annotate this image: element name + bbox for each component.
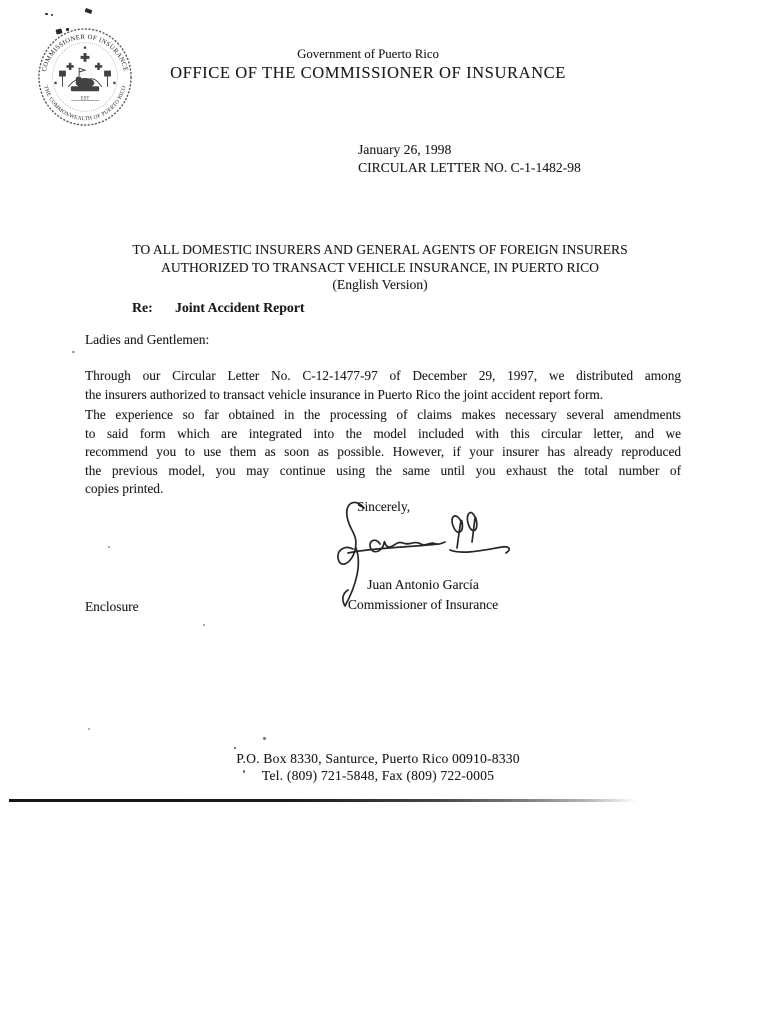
- date-block: January 26, 1998 CIRCULAR LETTER NO. C-1…: [358, 141, 581, 177]
- scan-speck: [234, 747, 236, 749]
- paragraph-line: the previous model, you may continue usi…: [85, 462, 681, 481]
- scan-speck: [45, 13, 48, 15]
- bottom-rule: [9, 799, 637, 802]
- scanned-letter-page: COMMISSIONER OF INSURANCE THE COMMONWEAL…: [0, 0, 770, 1024]
- addressee-block: TO ALL DOMESTIC INSURERS AND GENERAL AGE…: [80, 241, 680, 294]
- signer-name: Juan Antonio García: [330, 575, 516, 595]
- government-line: Government of Puerto Rico: [78, 47, 658, 62]
- scan-speck: [85, 8, 93, 14]
- enclosure-note: Enclosure: [85, 599, 139, 615]
- letter-date: January 26, 1998: [358, 141, 581, 159]
- signer-title: Commissioner of Insurance: [330, 595, 516, 615]
- scan-speck: [72, 351, 75, 353]
- scan-speck: [203, 624, 205, 626]
- paragraph-line: copies printed.: [85, 480, 681, 499]
- paragraph-line: Through our Circular Letter No. C-12-147…: [85, 367, 681, 386]
- circular-number: CIRCULAR LETTER NO. C-1-1482-98: [358, 159, 581, 177]
- office-title: OFFICE OF THE COMMISSIONER OF INSURANCE: [78, 63, 658, 83]
- footer-block: P.O. Box 8330, Santurce, Puerto Rico 009…: [80, 751, 676, 784]
- addressee-line-1: TO ALL DOMESTIC INSURERS AND GENERAL AGE…: [80, 241, 680, 259]
- addressee-line-3: (English Version): [80, 276, 680, 294]
- paragraph-line: recommend you to use them as soon as pos…: [85, 443, 681, 462]
- closing-sincerely: Sincerely,: [357, 499, 410, 515]
- paragraph-2: The experience so far obtained in the pr…: [85, 406, 681, 499]
- scan-speck: [108, 546, 110, 548]
- subject-text: Joint Accident Report: [175, 300, 305, 315]
- footer-phone: Tel. (809) 721-5848, Fax (809) 722-0005: [80, 768, 676, 785]
- signer-block: Juan Antonio García Commissioner of Insu…: [330, 575, 516, 614]
- footer-address: P.O. Box 8330, Santurce, Puerto Rico 009…: [80, 751, 676, 768]
- paragraph-line: to said form which are integrated into t…: [85, 425, 681, 444]
- paragraph-line: the insurers authorized to transact vehi…: [85, 386, 681, 405]
- scan-speck: [262, 736, 266, 740]
- salutation: Ladies and Gentlemen:: [85, 332, 209, 348]
- subject-label: Re:: [132, 300, 175, 316]
- scan-speck: [51, 14, 53, 16]
- paragraph-line: The experience so far obtained in the pr…: [85, 406, 681, 425]
- scan-speck: [88, 728, 90, 730]
- subject-line: Re:Joint Accident Report: [132, 300, 305, 316]
- paragraph-1: Through our Circular Letter No. C-12-147…: [85, 367, 681, 404]
- addressee-line-2: AUTHORIZED TO TRANSACT VEHICLE INSURANCE…: [80, 259, 680, 277]
